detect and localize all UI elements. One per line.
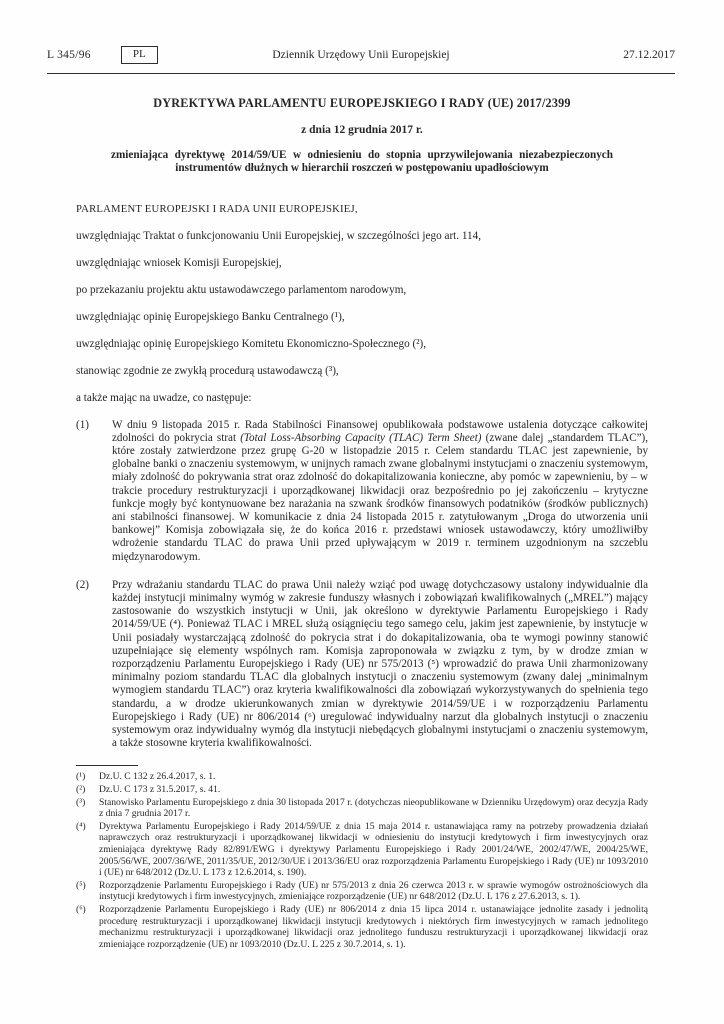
header-date: 27.12.2017 — [450, 49, 675, 61]
footnote-marker: (³) — [76, 797, 99, 820]
preamble-citation-proposal: uwzględniając wniosek Komisji Europejski… — [76, 257, 648, 270]
footnote-text: Rozporządzenie Parlamentu Europejskiego … — [99, 904, 648, 950]
journal-title: Dziennik Urzędowy Unii Europejskiej — [272, 49, 449, 61]
footnote-text: Dz.U. C 132 z 26.4.2017, s. 1. — [99, 771, 648, 783]
recital-text: W dniu 9 listopada 2015 r. Rada Stabilno… — [112, 419, 648, 564]
footnote-text: Dyrektywa Parlamentu Europejskiego i Rad… — [99, 821, 648, 879]
header-rule — [47, 73, 675, 74]
recital-1: (1) W dniu 9 listopada 2015 r. Rada Stab… — [76, 419, 648, 564]
directive-date-line: z dnia 12 grudnia 2017 r. — [76, 124, 648, 136]
footnote-6: (⁶) Rozporządzenie Parlamentu Europejski… — [76, 904, 648, 950]
preamble: PARLAMENT EUROPEJSKI I RADA UNII EUROPEJ… — [76, 203, 648, 405]
directive-title: DYREKTYWA PARLAMENTU EUROPEJSKIEGO I RAD… — [76, 96, 648, 111]
footnote-1: (¹) Dz.U. C 132 z 26.4.2017, s. 1. — [76, 771, 648, 783]
page-header: L 345/96 PL Dziennik Urzędowy Unii Europ… — [47, 46, 675, 64]
preamble-citation-treaty: uwzględniając Traktat o funkcjonowaniu U… — [76, 230, 648, 243]
recital-number: (2) — [76, 579, 112, 751]
preamble-citation-parliaments: po przekazaniu projektu aktu ustawodawcz… — [76, 284, 648, 297]
footnote-text: Dz.U. C 173 z 31.5.2017, s. 41. — [99, 784, 648, 796]
preamble-citation-eesc-opinion: uwzględniając opinię Europejskiego Komit… — [76, 338, 648, 351]
language-badge: PL — [121, 46, 158, 64]
footnote-3: (³) Stanowisko Parlamentu Europejskiego … — [76, 797, 648, 820]
footnote-marker: (²) — [76, 784, 99, 796]
header-left-group: L 345/96 PL — [47, 46, 272, 64]
preamble-citation-ecb-opinion: uwzględniając opinię Europejskiego Banku… — [76, 311, 648, 324]
recitals: (1) W dniu 9 listopada 2015 r. Rada Stab… — [76, 419, 648, 751]
footnote-text: Rozporządzenie Parlamentu Europejskiego … — [99, 880, 648, 903]
footnote-4: (⁴) Dyrektywa Parlamentu Europejskiego i… — [76, 821, 648, 879]
recital-2: (2) Przy wdrażaniu standardu TLAC do pra… — [76, 579, 648, 751]
recital-text-pre: Przy wdrażaniu standardu TLAC do prawa U… — [112, 579, 648, 749]
preamble-whereas: a także mając na uwadze, co następuje: — [76, 392, 648, 405]
footnotes: (¹) Dz.U. C 132 z 26.4.2017, s. 1. (²) D… — [76, 771, 648, 950]
footnote-5: (⁵) Rozporządzenie Parlamentu Europejski… — [76, 880, 648, 903]
preamble-citation-procedure: stanowiąc zgodnie ze zwykłą procedurą us… — [76, 365, 648, 378]
footnote-marker: (¹) — [76, 771, 99, 783]
footnote-separator — [76, 765, 138, 766]
preamble-institutions: PARLAMENT EUROPEJSKI I RADA UNII EUROPEJ… — [76, 203, 648, 216]
recital-text-post: (zwane dalej „standardem TLAC”), które z… — [112, 432, 648, 563]
directive-subject: zmieniająca dyrektywę 2014/59/UE w odnie… — [111, 149, 613, 176]
journal-page: L 345/96 PL Dziennik Urzędowy Unii Europ… — [0, 0, 724, 1024]
footnote-text: Stanowisko Parlamentu Europejskiego z dn… — [99, 797, 648, 820]
recital-text-italic: (Total Loss-Absorbing Capacity (TLAC) Te… — [240, 432, 481, 444]
recital-number: (1) — [76, 419, 112, 564]
footnote-marker: (⁶) — [76, 904, 99, 950]
footnote-marker: (⁵) — [76, 880, 99, 903]
document-body: DYREKTYWA PARLAMENTU EUROPEJSKIEGO I RAD… — [76, 96, 648, 951]
recital-text: Przy wdrażaniu standardu TLAC do prawa U… — [112, 579, 648, 751]
footnote-marker: (⁴) — [76, 821, 99, 879]
page-number: L 345/96 — [47, 49, 91, 61]
footnote-2: (²) Dz.U. C 173 z 31.5.2017, s. 41. — [76, 784, 648, 796]
